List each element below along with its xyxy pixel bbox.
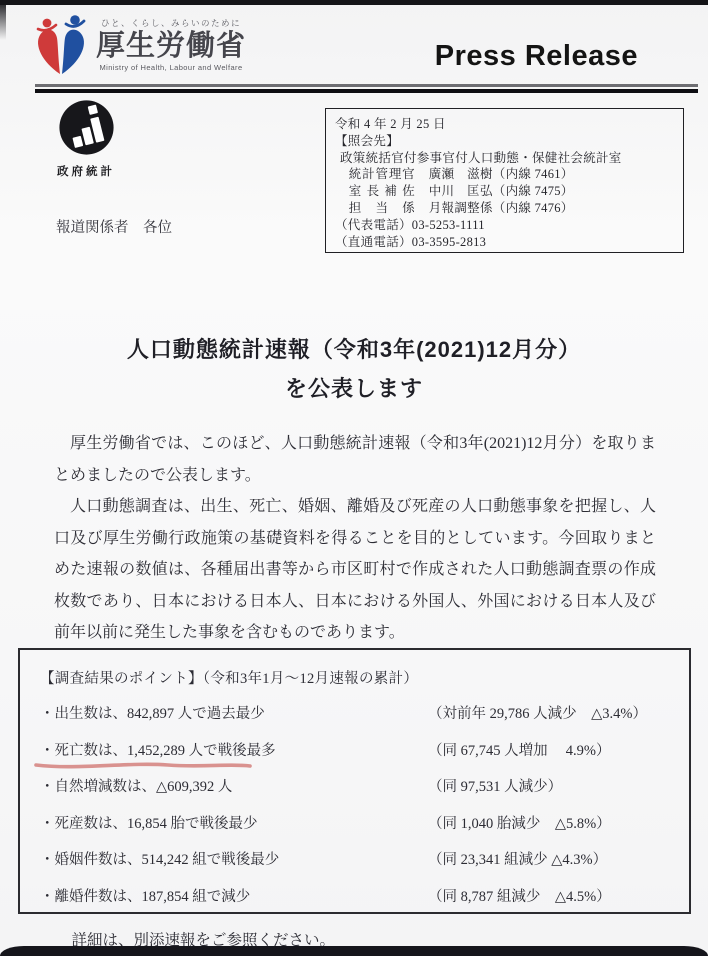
result-item-marriages: ・婚姻件数は、514,242 組で戦後最少 （同 23,341 組減少 △4.3… <box>40 849 669 871</box>
result-item-deaths: ・死亡数は、1,452,289 人で戦後最多 （同 67,745 人増加 4.9… <box>40 740 669 762</box>
contact-date: 令和 4 年 2 月 25 日 <box>335 116 674 133</box>
header-rule <box>35 84 698 93</box>
gov-stats-logo: 政府統計 <box>50 99 122 179</box>
body-paragraph-2: 人口動態調査は、出生、死亡、婚姻、離婚及び死産の人口動態事象を把握し、人口及び厚… <box>54 491 656 649</box>
result-item-text: ・離婚件数は、187,854 組で減少 <box>40 886 428 908</box>
result-item-note: （同 1,040 胎減少 △5.8%） <box>428 813 669 835</box>
result-item-text: ・出生数は、842,897 人で過去最少 <box>40 703 428 725</box>
result-item-note: （同 67,745 人増加 4.9%） <box>428 740 669 762</box>
document-title-line1: 人口動態統計速報（令和3年(2021)12月分） <box>0 330 708 369</box>
result-item-note: （同 23,341 組減少 △4.3%） <box>428 849 669 871</box>
photo-edge-top <box>0 0 708 5</box>
mhlw-heart-figures-icon <box>30 14 92 80</box>
result-item-note: （同 97,531 人減少） <box>428 776 669 798</box>
contact-ext: （内線 7475） <box>493 183 574 200</box>
contact-tel-direct: （直通電話）03-3595-2813 <box>335 234 674 251</box>
result-item-note: （同 8,787 組減少 △4.5%） <box>428 886 669 908</box>
results-heading: 【調査結果のポイント】（令和3年1月～12月速報の累計） <box>40 667 669 688</box>
mhlw-org-name-en: Ministry of Health, Labour and Welfare <box>96 63 246 72</box>
contact-role: 担当係 <box>349 200 415 217</box>
contact-box: 令和 4 年 2 月 25 日 【照会先】 政策統括官付参事官付人口動態・保健社… <box>325 108 684 253</box>
contact-ext: （内線 7461） <box>493 166 574 183</box>
contact-row: 室長補佐 中川 匡弘 （内線 7475） <box>335 183 674 200</box>
header-rule-gray <box>35 84 698 87</box>
contact-role: 室長補佐 <box>349 183 415 200</box>
gov-stats-stairs-icon <box>58 99 115 156</box>
mhlw-logo-text: ひと、くらし、みらいのために 厚生労働省 Ministry of Health,… <box>96 14 246 72</box>
results-box: 【調査結果のポイント】（令和3年1月～12月速報の累計） ・出生数は、842,8… <box>18 648 691 914</box>
press-release-label: Press Release <box>435 40 638 73</box>
mhlw-tagline: ひと、くらし、みらいのために <box>96 17 246 29</box>
contact-office: 政策統括官付参事官付人口動態・保健社会統計室 <box>335 150 674 167</box>
result-item-text: ・婚姻件数は、514,242 組で戦後最少 <box>40 849 428 871</box>
body-paragraph-1: 厚生労働省では、このほど、人口動態統計速報（令和3年(2021)12月分）を取り… <box>54 428 656 491</box>
header-rule-black <box>35 89 698 93</box>
result-item-text: ・死亡数は、1,452,289 人で戦後最多 <box>40 740 428 762</box>
contact-name: 中川 匡弘 <box>429 183 493 200</box>
press-release-page: ひと、くらし、みらいのために 厚生労働省 Ministry of Health,… <box>0 0 708 956</box>
document-title-line2: を公表します <box>0 369 708 408</box>
result-item-natural-change: ・自然増減数は、△609,392 人 （同 97,531 人減少） <box>40 776 669 798</box>
result-item-births: ・出生数は、842,897 人で過去最少 （対前年 29,786 人減少 △3.… <box>40 703 669 725</box>
photo-edge-left <box>0 0 6 40</box>
contact-heading: 【照会先】 <box>335 133 674 150</box>
contact-row: 担当係 月報調整係 （内線 7476） <box>335 200 674 217</box>
mhlw-logo: ひと、くらし、みらいのために 厚生労働省 Ministry of Health,… <box>30 14 246 80</box>
result-item-text: ・死産数は、16,854 胎で戦後最少 <box>40 813 428 835</box>
red-marker-underline <box>33 759 253 772</box>
result-item-divorces: ・離婚件数は、187,854 組で減少 （同 8,787 組減少 △4.5%） <box>40 886 669 908</box>
body-text: 厚生労働省では、このほど、人口動態統計速報（令和3年(2021)12月分）を取り… <box>54 428 656 649</box>
document-title: 人口動態統計速報（令和3年(2021)12月分） を公表します <box>0 330 708 408</box>
mhlw-org-name: 厚生労働省 <box>96 29 246 63</box>
result-item-text: ・自然増減数は、△609,392 人 <box>40 776 428 798</box>
gov-stats-label: 政府統計 <box>50 163 122 179</box>
contact-row: 統計管理官 廣瀬 滋樹 （内線 7461） <box>335 166 674 183</box>
result-item-note: （対前年 29,786 人減少 △3.4%） <box>428 703 669 725</box>
result-item-stillbirths: ・死産数は、16,854 胎で戦後最少 （同 1,040 胎減少 △5.8%） <box>40 813 669 835</box>
contact-name: 廣瀬 滋樹 <box>429 166 493 183</box>
photo-edge-bottom <box>0 946 708 956</box>
contact-ext: （内線 7476） <box>493 200 574 217</box>
contact-role: 統計管理官 <box>349 166 415 183</box>
addressee: 報道関係者 各位 <box>56 216 172 237</box>
contact-tel-main: （代表電話）03-5253-1111 <box>335 217 674 234</box>
contact-name: 月報調整係 <box>429 200 493 217</box>
